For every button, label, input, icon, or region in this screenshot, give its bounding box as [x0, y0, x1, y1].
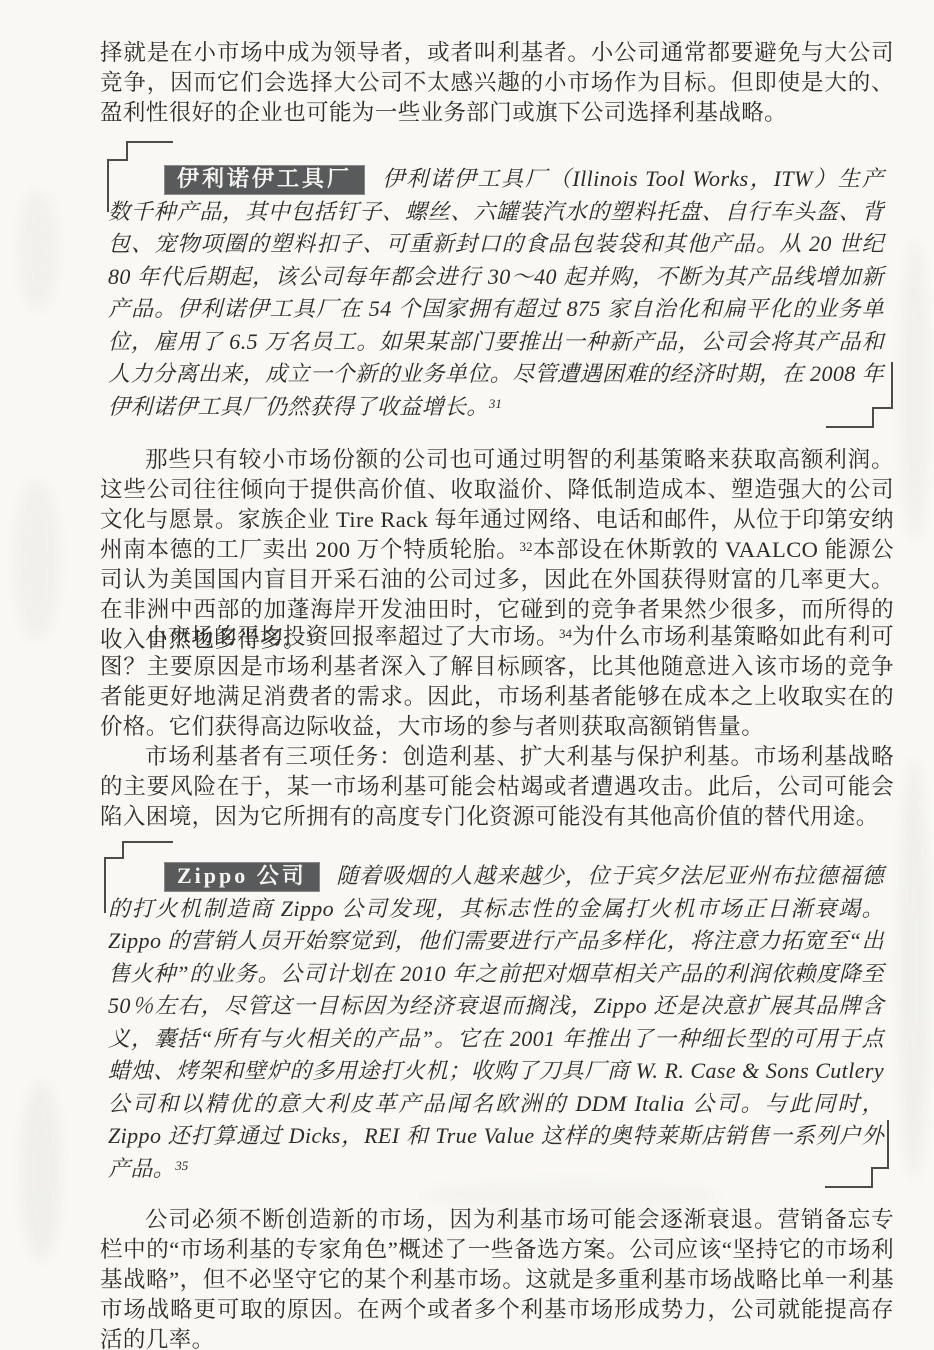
book-page-scan: 择就是在小市场中成为领导者，或者叫利基者。小公司通常都要避免与大公司竞争，因而它…	[0, 0, 934, 1350]
scan-noise	[900, 240, 930, 540]
case-box-zippo: Zippo 公司随着吸烟的人越来越少，位于宾夕法尼亚州布拉德福德的打火机制造商 …	[100, 838, 894, 1190]
paragraph-closing: 公司必须不断创造新的市场，因为利基市场可能会逐渐衰退。营销备忘专栏中的“市场利基…	[100, 1205, 894, 1350]
case-text-itw: 伊利诺伊工具厂伊利诺伊工具厂（Illinois Tool Works，ITW）生…	[108, 163, 884, 423]
case-badge-zippo: Zippo 公司	[164, 862, 320, 892]
case-body-itw: 伊利诺伊工具厂（Illinois Tool Works，ITW）生产数千种产品，…	[108, 166, 884, 419]
case-body-zippo: 随着吸烟的人越来越少，位于宾夕法尼亚州布拉德福德的打火机制造商 Zippo 公司…	[108, 863, 884, 1181]
footnote-ref-32: 32	[519, 539, 532, 554]
scan-noise	[14, 480, 60, 640]
scan-noise	[18, 190, 58, 310]
footnote-ref-34: 34	[559, 626, 572, 641]
scan-noise	[20, 1080, 62, 1260]
case-text-zippo: Zippo 公司随着吸烟的人越来越少，位于宾夕法尼亚州布拉德福德的打火机制造商 …	[108, 860, 884, 1185]
case-box-itw: 伊利诺伊工具厂伊利诺伊工具厂（Illinois Tool Works，ITW）生…	[100, 138, 894, 432]
footnote-ref-35: 35	[175, 1158, 188, 1173]
paragraph-roi-text: 小市场的平均投资回报率超过了大市场。	[145, 624, 559, 649]
paragraph-intro: 择就是在小市场中成为领导者，或者叫利基者。小公司通常都要避免与大公司竞争，因而它…	[100, 38, 894, 128]
footnote-ref-31: 31	[489, 396, 502, 411]
paragraph-three-tasks: 市场利基者有三项任务：创造利基、扩大利基与保护利基。市场利基战略的主要风险在于，…	[100, 742, 894, 832]
paragraph-roi: 小市场的平均投资回报率超过了大市场。34为什么市场利基策略如此有利可图？主要原因…	[100, 622, 894, 742]
scan-noise	[898, 760, 930, 1180]
case-badge-itw: 伊利诺伊工具厂	[164, 165, 365, 195]
